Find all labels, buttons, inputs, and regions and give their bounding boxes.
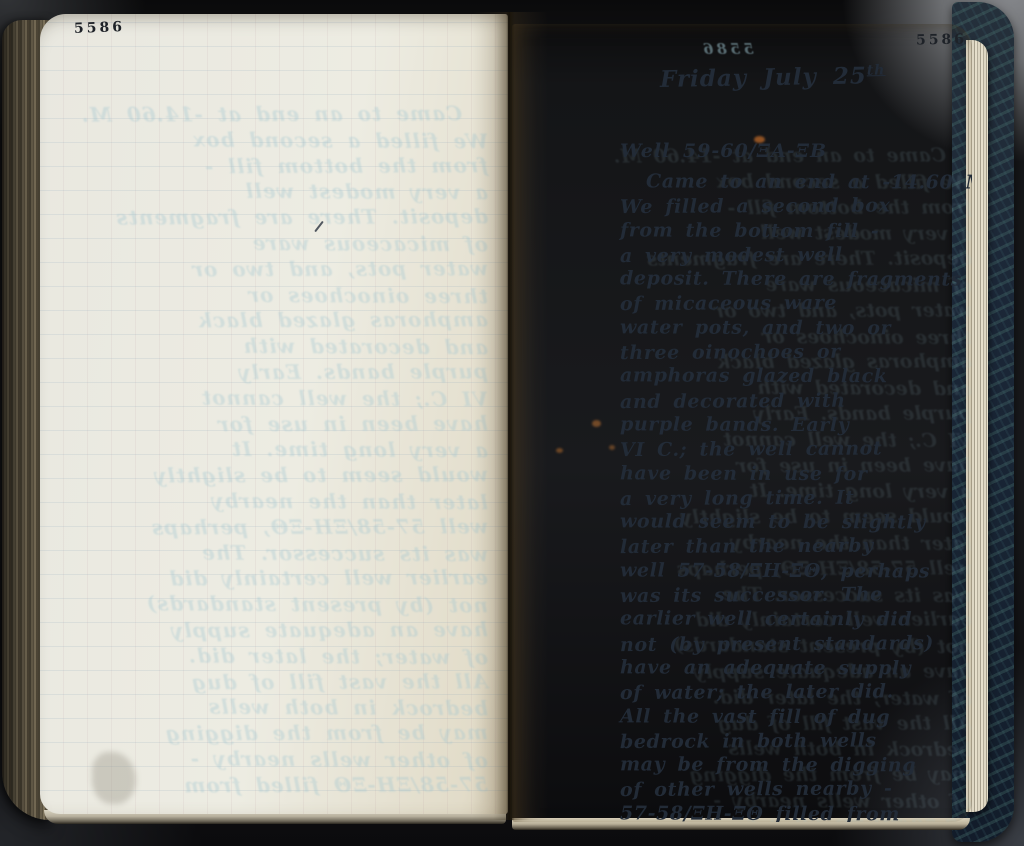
right-page-number: 5586 — [916, 32, 967, 49]
journal-line: of water; the later did. — [620, 679, 972, 705]
bleedthrough-line: of water; the later did. — [68, 642, 488, 670]
journal-line: purple bands. Early — [620, 412, 972, 438]
left-page-number: 5586 — [74, 19, 125, 37]
bleedthrough-line: water pots, and two or — [68, 256, 488, 283]
foxing-spot — [556, 448, 563, 453]
bleedthrough-line: have an adequate supply — [68, 617, 488, 644]
right-page: 5586 Came to an end at -14.60 M.We fille… — [512, 24, 972, 822]
journal-line: have been in use for — [620, 461, 972, 487]
bleedthrough-line: a very modest well — [68, 178, 488, 206]
bleedthrough-line: earlier well certainly did — [68, 566, 488, 593]
bleedthrough-line: of micaceous ware — [68, 230, 488, 258]
journal-line: have an adequate supply — [620, 655, 972, 681]
journal-line: We filled a second box — [620, 193, 972, 219]
bleedthrough-line: was its successor. The — [68, 539, 488, 567]
journal-line: Came to an end at -14.60 M. — [646, 169, 972, 194]
journal-line: three oinochoes or — [620, 339, 972, 365]
left-page-bleedthrough-text: Came to an end at -14.60 M.We filled a s… — [68, 102, 488, 799]
journal-line: 57-58/ΞΗ-ΞΘ filled from — [620, 801, 972, 822]
bleedthrough-line: purple bands. Early — [68, 359, 488, 386]
journal-line: and decorated with — [620, 388, 972, 414]
bleedthrough-line: and decorated with — [68, 333, 488, 361]
bleedthrough-line: three oinochoes or — [68, 281, 488, 309]
bleedthrough-line: amphoras glazed black — [68, 308, 488, 335]
bleedthrough-page-number: 5586 — [700, 40, 754, 58]
journal-body-lines: Came to an end at -14.60 M.We filled a s… — [620, 170, 972, 822]
journal-line: of micaceous ware — [620, 290, 972, 316]
bleedthrough-line: All the vast fill of dug — [68, 669, 488, 696]
bleedthrough-line: have been in use for — [68, 411, 488, 438]
journal-line: well 57-58/ΞΗ-ΞΘ, perhaps — [620, 558, 972, 584]
left-page: 5586 Came to an end at -14.60 M.We fille… — [40, 14, 508, 814]
bleedthrough-line: from the bottom fill - — [68, 153, 488, 180]
journal-line: a very long time. It — [620, 485, 972, 511]
foxing-spot — [592, 420, 601, 427]
journal-line: of other wells nearby - — [620, 776, 972, 802]
bleedthrough-line: of other wells nearby - — [68, 746, 488, 774]
bleedthrough-line: VI C.; the well cannot — [68, 384, 488, 412]
bleedthrough-line: later than the nearby — [68, 488, 488, 516]
entry-date-heading: Friday July 25th — [660, 62, 886, 93]
journal-line: bedrock in both wells — [620, 728, 972, 754]
journal-line: water pots, and two or — [620, 315, 972, 341]
journal-line: deposit. There are fragments — [620, 267, 972, 293]
journal-line: may be from the digging — [620, 753, 972, 779]
journal-line: not (by present standards) — [620, 631, 972, 657]
bleedthrough-line: deposit. There are fragments — [68, 204, 488, 231]
journal-line: amphoras glazed black — [620, 364, 972, 390]
bleedthrough-line: We filled a second box — [68, 127, 488, 155]
bleedthrough-line: may be from the digging — [68, 720, 488, 747]
bleedthrough-line: bedrock in both wells — [68, 694, 488, 722]
entry-date-text: Friday July 25 — [660, 62, 867, 93]
entry-date-ordinal: th — [867, 62, 886, 78]
journal-line: VI C.; the well cannot — [620, 436, 972, 462]
journal-line: All the vast fill of dug — [620, 704, 972, 730]
bleedthrough-line: well 57-58/ΞΗ-ΞΘ, perhaps — [68, 514, 488, 541]
journal-line: would seem to be slightly — [620, 510, 972, 536]
journal-line: from the bottom fill - — [620, 218, 972, 244]
well-designation-subheading: Well 59-60/ΞΑ-ΞΒ — [620, 140, 827, 162]
notebook-photo: 5586 Came to an end at -14.60 M.We fille… — [0, 0, 1024, 846]
bleedthrough-line: a very long time. It — [68, 436, 488, 464]
journal-line: was its successor. The — [620, 582, 972, 608]
bleedthrough-line: 57-58/ΞΗ-ΞΘ filled from — [68, 772, 488, 799]
bleedthrough-line: Came to an end at -14.60 M. — [68, 101, 462, 128]
journal-line: later than the nearby — [620, 533, 972, 559]
journal-line: earlier well certainly did — [620, 607, 972, 633]
bleedthrough-line: not (by present standards) — [68, 591, 488, 619]
bleedthrough-line: would seem to be slightly — [68, 462, 488, 489]
journal-line: a very modest well — [620, 242, 972, 268]
